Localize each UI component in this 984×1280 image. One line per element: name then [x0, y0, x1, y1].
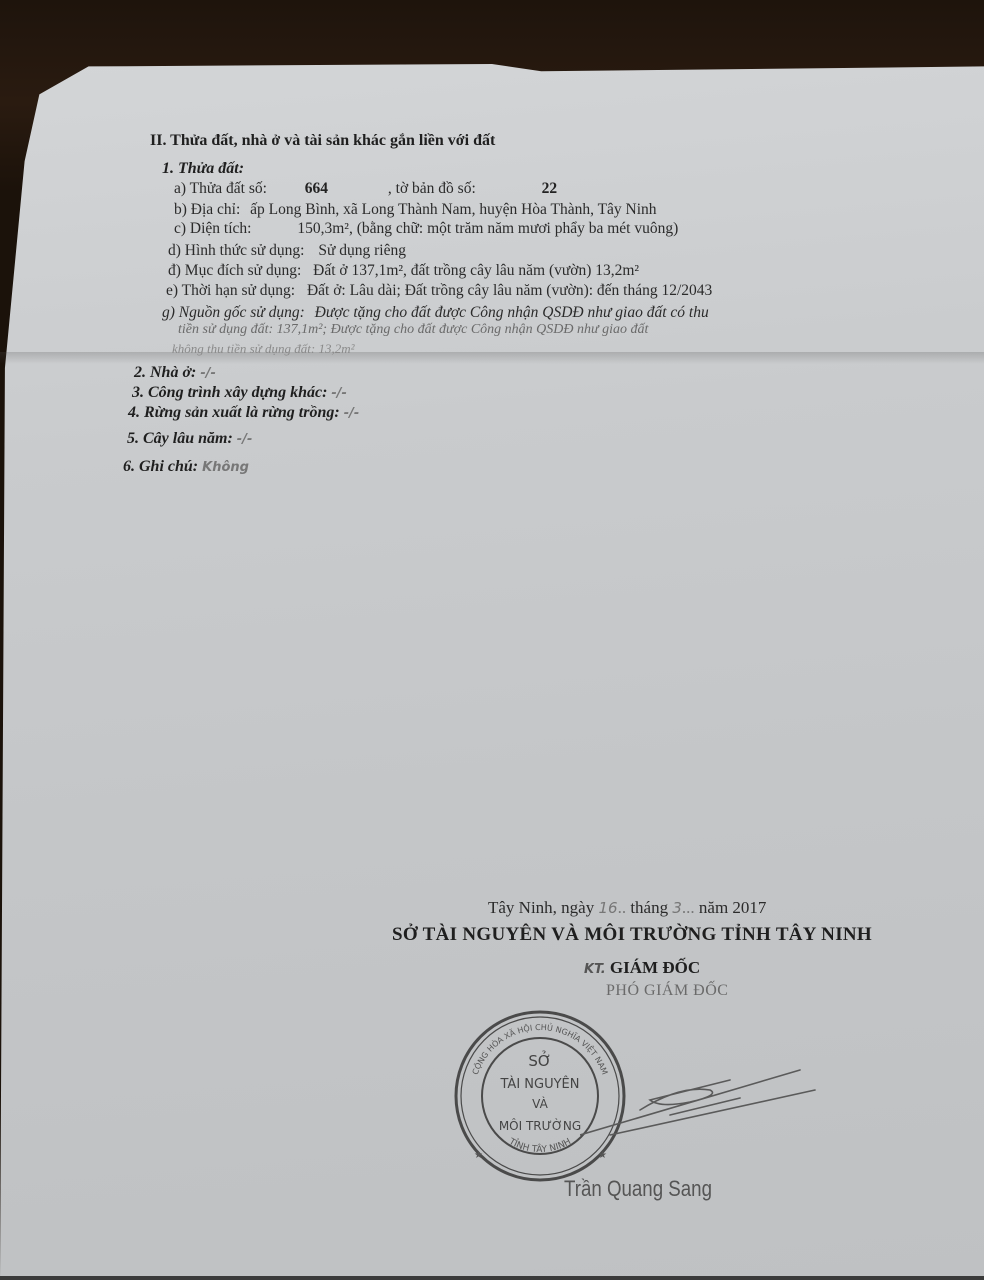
usage-form-value: Sử dụng riêng	[318, 242, 406, 259]
origin-label: g) Nguồn gốc sử dụng:	[162, 304, 305, 321]
map-label: , tờ bản đồ số:	[388, 180, 476, 197]
area-value: 150,3m², (bằng chữ: một trăm năm mươi ph…	[297, 220, 678, 237]
parcel-label: a) Thửa đất số:	[174, 180, 267, 197]
item-other-construction: 3. Công trình xây dựng khác: -/-	[132, 384, 347, 402]
svg-text:SỞ: SỞ	[528, 1050, 551, 1070]
svg-text:★: ★	[598, 1150, 607, 1161]
purpose-row: đ) Mục đích sử dụng: Đất ở 137,1m², đất …	[168, 262, 639, 280]
svg-text:MÔI TRƯỜNG: MÔI TRƯỜNG	[499, 1118, 581, 1133]
address-value: ấp Long Bình, xã Long Thành Nam, huyện H…	[250, 201, 656, 218]
date-day: 16	[598, 899, 617, 917]
issuing-authority: SỞ TÀI NGUYÊN VÀ MÔI TRƯỜNG TỈNH TÂY NIN…	[392, 924, 872, 946]
origin-row: g) Nguồn gốc sử dụng: Được tặng cho đất …	[162, 304, 709, 322]
document: II. Thửa đất, nhà ở và tài sản khác gắn …	[0, 0, 984, 1280]
signer-subtitle: PHÓ GIÁM ĐỐC	[606, 982, 728, 1000]
address-label: b) Địa chỉ:	[174, 201, 240, 218]
signer-title: KT. GIÁM ĐỐC	[584, 958, 700, 978]
date-month: 3	[672, 899, 682, 917]
place-date: Tây Ninh, ngày 16.. tháng 3... năm 2017	[488, 898, 766, 918]
map-number: 22	[542, 180, 558, 197]
origin-line-2: tiền sử dụng đất: 137,1m²; Được tặng cho…	[178, 322, 648, 338]
svg-text:★: ★	[474, 1150, 483, 1161]
handwritten-signature	[580, 1040, 820, 1140]
item-perennial-trees: 5. Cây lâu năm: -/-	[127, 430, 252, 448]
area-label: c) Diện tích:	[174, 220, 251, 237]
svg-text:VÀ: VÀ	[532, 1096, 548, 1111]
item-house: 2. Nhà ở: -/-	[134, 364, 216, 382]
signer-name: Trần Quang Sang	[564, 1176, 712, 1202]
kt-mark: KT.	[584, 962, 606, 977]
item-note: 6. Ghi chú: Không	[123, 458, 249, 476]
parcel-row: a) Thửa đất số: 664 , tờ bản đồ số: 22	[174, 180, 557, 198]
section-title: II. Thửa đất, nhà ở và tài sản khác gắn …	[150, 132, 495, 150]
purpose-value: Đất ở 137,1m², đất trồng cây lâu năm (vư…	[313, 262, 639, 279]
item-planted-forest: 4. Rừng sản xuất là rừng trồng: -/-	[128, 404, 359, 422]
usage-form-label: d) Hình thức sử dụng:	[168, 242, 305, 259]
term-row: e) Thời hạn sử dụng: Đất ở: Lâu dài; Đất…	[166, 282, 712, 300]
term-value: Đất ở: Lâu dài; Đất trồng cây lâu năm (v…	[307, 282, 712, 299]
origin-line-1: Được tặng cho đất được Công nhận QSDĐ nh…	[315, 304, 709, 321]
area-row: c) Diện tích: 150,3m², (bằng chữ: một tr…	[174, 220, 678, 238]
usage-form-row: d) Hình thức sử dụng: Sử dụng riêng	[168, 242, 406, 260]
term-label: e) Thời hạn sử dụng:	[166, 282, 295, 299]
purpose-label: đ) Mục đích sử dụng:	[168, 262, 301, 279]
svg-text:TỈNH TÂY NINH: TỈNH TÂY NINH	[506, 1137, 573, 1156]
parcel-number: 664	[305, 180, 328, 197]
address-row: b) Địa chỉ: ấp Long Bình, xã Long Thành …	[174, 201, 657, 219]
land-heading: 1. Thửa đất:	[162, 160, 244, 178]
svg-text:TÀI NGUYÊN: TÀI NGUYÊN	[500, 1076, 580, 1092]
bottom-edge	[0, 1276, 984, 1280]
origin-line-3: không thu tiền sử dụng đất: 13,2m²	[172, 341, 355, 357]
